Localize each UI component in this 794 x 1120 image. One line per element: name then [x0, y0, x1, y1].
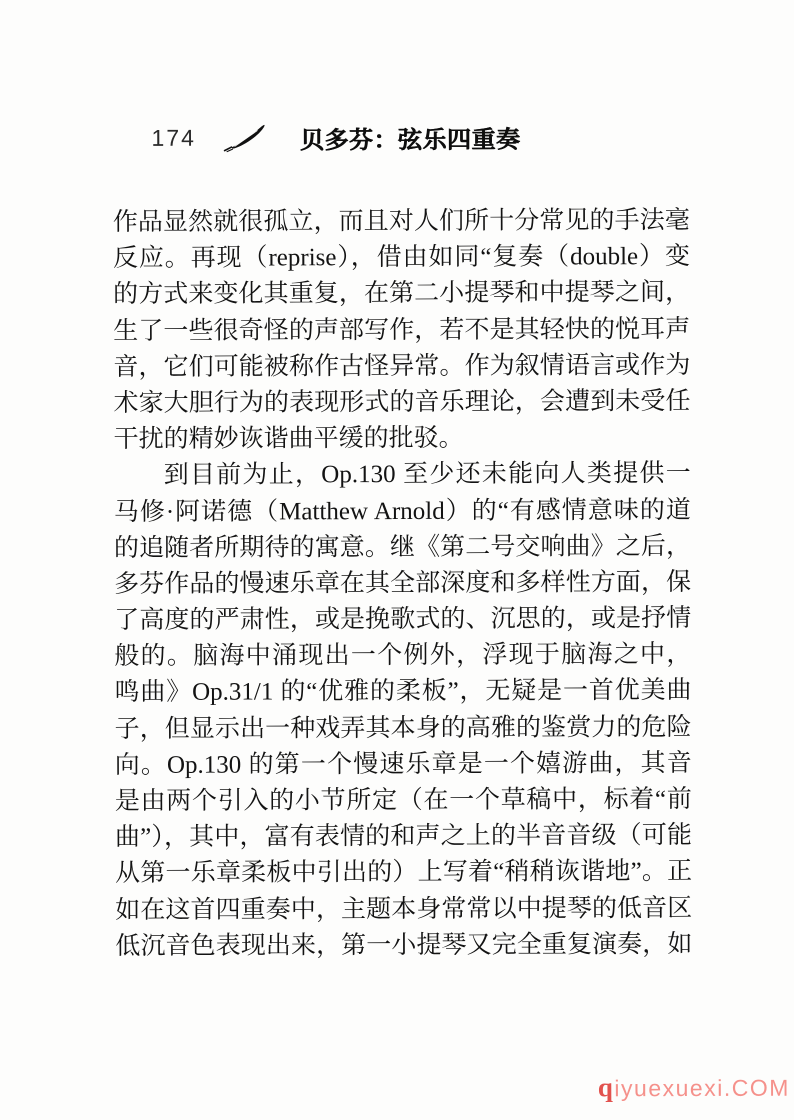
scanned-book-page: 174 贝多芬：弦乐四重奏 作品显然就很孤立，而且对人们所十分常见的手法毫无反应…	[0, 0, 794, 1120]
text-line: 多芬作品的慢速乐章在其全部深度和多样性方面，保持	[114, 565, 691, 603]
text-line: 低沉音色表现出来，第一小提琴又完全重复演奏，如同	[115, 927, 692, 965]
text-line: 子，但显示出一种戏弄其本身的高雅的鉴赏力的危险倾	[115, 710, 692, 748]
text-line: 生了一些很奇怪的声部写作，若不是其轻快的悦耳声	[113, 312, 690, 350]
text-line: 术家大胆行为的表现形式的音乐理论，会遭到未受任何	[113, 384, 690, 422]
text-line: 鸣曲》Op.31/1 的“优雅的柔板”，无疑是一首优美曲	[114, 673, 691, 711]
text-line: 是由两个引入的小节所定（在一个草稿中，标着“前奏	[115, 782, 692, 820]
paragraph: 作品显然就很孤立，而且对人们所十分常见的手法毫无反应。再现（reprise），借…	[113, 203, 691, 458]
page-content: 174 贝多芬：弦乐四重奏 作品显然就很孤立，而且对人们所十分常见的手法毫无反应…	[0, 0, 794, 1120]
paragraph: 到目前为止，Op.130 至少还未能向人类提供一个马修·阿诺德（Matthew …	[114, 456, 693, 965]
text-line: 如在这首四重奏中，主题本身常常以中提琴的低音区的	[115, 891, 692, 929]
text-line: 般的。脑海中涌现出一个例外，浮现于脑海之中，《奏	[114, 637, 691, 675]
text-line: 作品显然就很孤立，而且对人们所十分常见的手法毫无	[113, 203, 690, 241]
page-number: 174	[151, 124, 195, 151]
text-line: 了高度的严肃性，或是挽歌式的、沉思的，或是抒情诗	[114, 601, 691, 639]
watermark-text: iyuexuexi.COM	[614, 1075, 790, 1102]
page-header: 174 贝多芬：弦乐四重奏	[151, 120, 520, 155]
watermark: qiyuexuexi.COM	[598, 1072, 790, 1104]
text-line: 到目前为止，Op.130 至少还未能向人类提供一个	[114, 456, 691, 494]
page-body: 作品显然就很孤立，而且对人们所十分常见的手法毫无反应。再现（reprise），借…	[113, 203, 693, 965]
text-line: 反应。再现（reprise），借由如同“复奏（double）变奏”	[113, 239, 690, 277]
text-line: 马修·阿诺德（Matthew Arnold）的“有感情意味的道德”	[114, 492, 691, 530]
text-line: 的追随者所期待的寓意。继《第二号交响曲》之后，贝	[114, 529, 691, 567]
watermark-prefix: q	[598, 1072, 615, 1102]
text-line: 音，它们可能被称作古怪异常。作为叙情语言或作为艺	[113, 348, 690, 386]
text-line: 的方式来变化其重复，在第二小提琴和中提琴之间，产	[113, 275, 690, 313]
text-line: 向。Op.130 的第一个慢速乐章是一个嬉游曲，其音调	[115, 746, 692, 784]
book-title: 贝多芬：弦乐四重奏	[300, 119, 521, 155]
quill-pen-icon	[222, 122, 268, 152]
text-line: 干扰的精妙诙谐曲平缓的批驳。	[114, 420, 691, 458]
text-line: 曲”），其中，富有表情的和声之上的半音音级（可能是	[115, 818, 692, 856]
text-line: 从第一乐章柔板中引出的）上写着“稍稍诙谐地”。正	[115, 854, 692, 892]
